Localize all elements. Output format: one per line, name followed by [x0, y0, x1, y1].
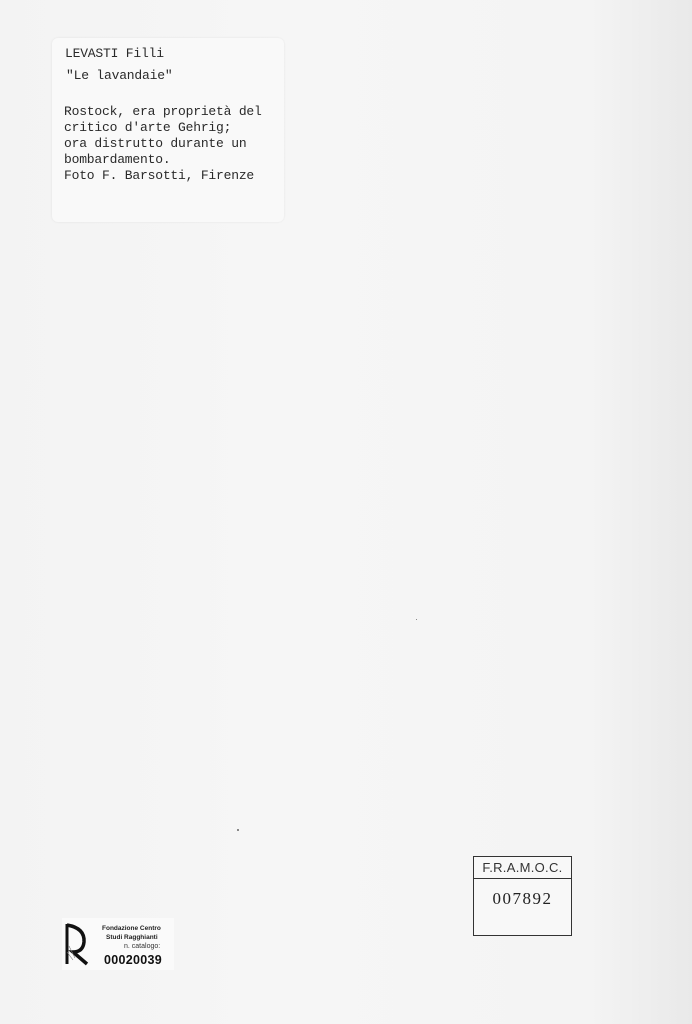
note-line: Foto F. Barsotti, Firenze	[64, 168, 262, 184]
framoc-stamp: F.R.A.M.O.C. 007892	[473, 856, 572, 936]
note-line: Rostock, era proprietà del	[64, 104, 262, 120]
catalog-code: 00020039	[104, 953, 162, 967]
stamp-number: 007892	[474, 889, 571, 909]
artist-name: LEVASTI Filli	[65, 46, 164, 61]
ragghianti-r-logo-icon	[65, 922, 89, 966]
note-line: critico d'arte Gehrig;	[64, 120, 262, 136]
stamp-org: F.R.A.M.O.C.	[474, 857, 571, 879]
dust-speck	[416, 619, 417, 620]
catalog-org-line1: Fondazione Centro	[102, 925, 161, 932]
label-notes: Rostock, era proprietà delcritico d'arte…	[64, 104, 262, 184]
artwork-title: "Le lavandaie"	[66, 68, 172, 83]
typed-label: LEVASTI Filli "Le lavandaie" Rostock, er…	[52, 38, 284, 222]
note-line: ora distrutto durante un	[64, 136, 262, 152]
dust-speck	[237, 829, 239, 831]
catalog-org-line2: Studi Ragghianti	[106, 934, 158, 941]
note-line: bombardamento.	[64, 152, 262, 168]
catalog-sticker: Fondazione Centro Studi Ragghianti n. ca…	[62, 918, 174, 970]
catalog-label: n. catalogo:	[124, 943, 160, 950]
